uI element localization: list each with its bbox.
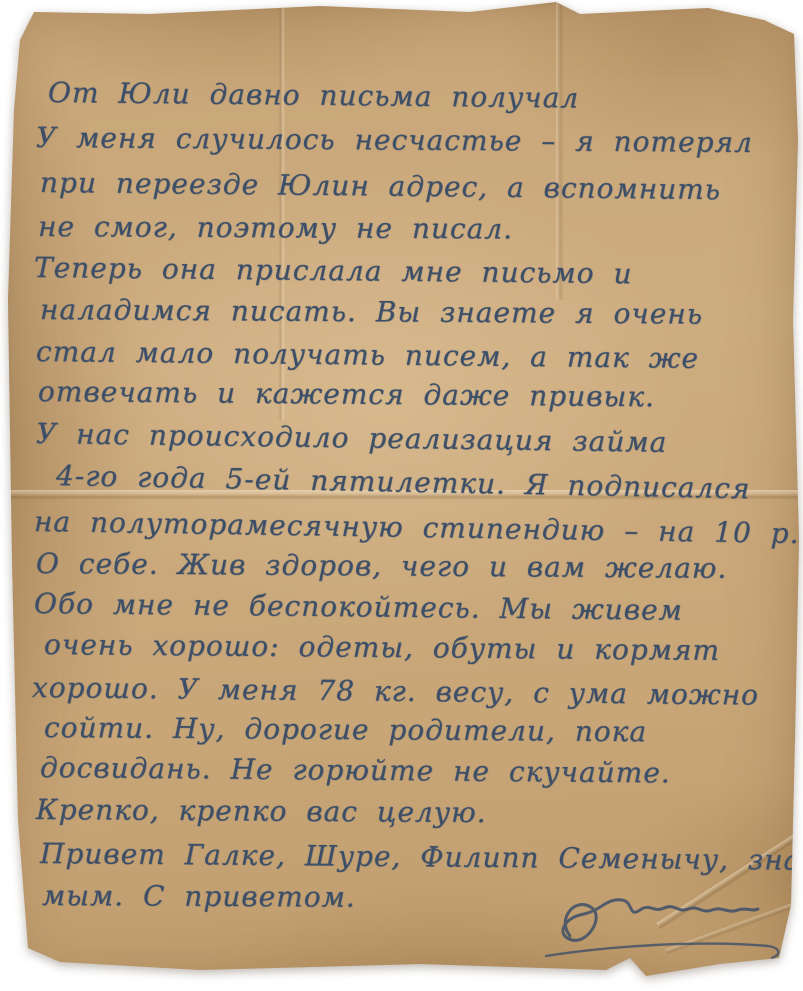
letter-paper: От Юли давно письма получал У меня случи… [0, 0, 803, 991]
letter-line: 4-го года 5-ей пятилетки. Я подписался [56, 459, 751, 505]
letter-line: У меня случилось несчастье – я потерял [36, 121, 753, 159]
letter-line: сойти. Ну, дорогие родители, пока [44, 711, 647, 748]
letter-line: Обо мне не беспокойтесь. Мы живем [34, 587, 683, 627]
letter-line: досвидань. Не горюйте не скучайте. [40, 751, 671, 790]
letter-line: при переезде Юлин адрес, а вспомнить [40, 166, 721, 206]
letter-line: Теперь она прислала мне письмо и [34, 251, 633, 290]
letter-line: не смог, поэтому не писал. [38, 210, 513, 245]
letter-line: стал мало получать писем, а так же [36, 335, 699, 375]
signature [540, 882, 790, 972]
letter-line: наладимся писать. Вы знаете я очень [40, 293, 703, 331]
letter-line: У нас происходило реализация займа [36, 417, 668, 459]
letter-line: Привет Галке, Шуре, Филипп Семенычу, зна… [40, 837, 803, 877]
letter-line: очень хорошо: одеты, обуты и кормят [44, 628, 720, 667]
letter-line: на полуторамесячную стипендию – на 10 р. [34, 505, 800, 550]
letter-line: хорошо. У меня 78 кг. весу, с ума можно [32, 671, 759, 712]
letter-line: отвечать и кажется даже привык. [38, 375, 655, 413]
letter-line: Крепко, крепко вас целую. [36, 793, 487, 829]
letter-line: мым. С приветом. [42, 879, 356, 914]
scanned-letter: От Юли давно письма получал У меня случи… [0, 0, 803, 991]
paper-shadow: От Юли давно письма получал У меня случи… [0, 0, 803, 991]
letter-line: От Юли давно письма получал [48, 76, 580, 115]
letter-line: О себе. Жив здоров, чего и вам желаю. [36, 547, 728, 585]
